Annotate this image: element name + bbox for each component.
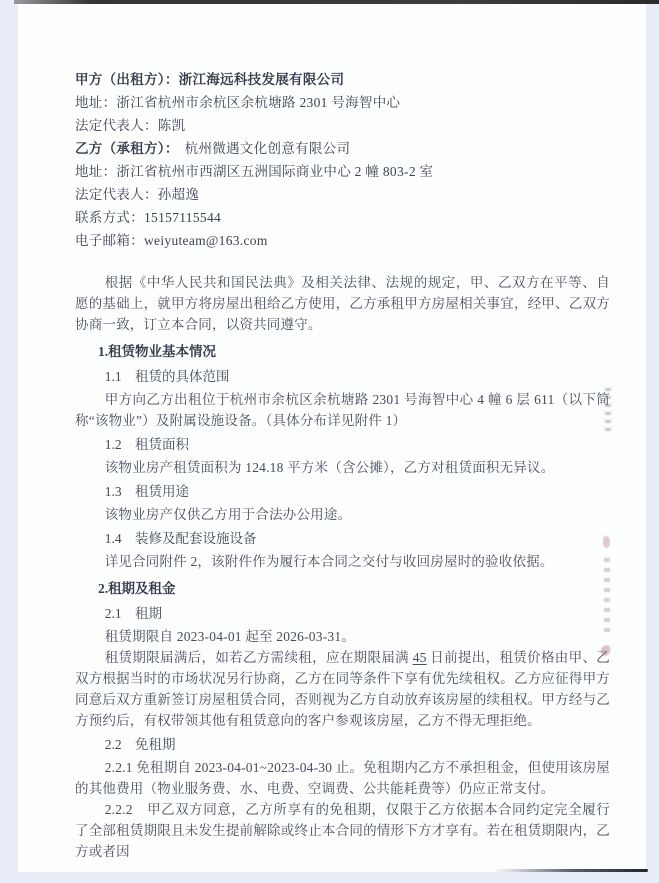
scan-artifact-stamp-mark-1 (603, 536, 610, 548)
clause-2-2-heading: 2.2 免租期 (75, 734, 610, 755)
party-b-line: 乙方（承租方）：杭州微遇文化创意有限公司 (75, 137, 610, 160)
party-b-address: 地址：浙江省杭州市西湖区五洲国际商业中心 2 幢 803-2 室 (75, 160, 610, 183)
scan-edge-bottom (494, 869, 648, 872)
contract-document: 甲方（出租方）：浙江海远科技发展有限公司 地址：浙江省杭州市余杭区余杭塘路 23… (18, 4, 646, 872)
renewal-text-before: 租赁期限届满后，如若乙方需续租，应在期限届满 (105, 650, 413, 665)
clause-1-1-heading: 1.1 租赁的具体范围 (75, 366, 610, 387)
preamble-paragraph: 根据《中华人民共和国民法典》及相关法律、法规的规定，甲、乙双方在平等、自愿的基础… (75, 272, 610, 335)
renewal-notice-days: 45 (413, 650, 427, 665)
party-b-email: 电子邮箱：weiyuteam@163.com (75, 229, 610, 252)
party-a-line: 甲方（出租方）：浙江海远科技发展有限公司 (75, 68, 610, 91)
scan-artifact-bleedthrough-1 (605, 388, 611, 432)
clause-2-2-2-paragraph: 2.2.2 甲乙双方同意，乙方所享有的免租期，仅限于乙方依据本合同约定完全履行了… (75, 799, 610, 862)
party-b-phone: 联系方式：15157115544 (75, 206, 610, 229)
clause-1-2-body: 该物业房产租赁面积为 124.18 平方米（含公摊），乙方对租赁面积无异议。 (75, 457, 610, 478)
clause-1-3-body: 该物业房产仅供乙方用于合法办公用途。 (75, 504, 610, 525)
party-a-representative: 法定代表人：陈凯 (75, 114, 610, 137)
section-1-heading: 1.租赁物业基本情况 (75, 341, 610, 363)
clause-2-1-heading: 2.1 租期 (75, 603, 610, 624)
clause-1-4-body: 详见合同附件 2，该附件作为履行本合同之交付与收回房屋时的验收依据。 (75, 551, 610, 572)
clause-2-1-renewal: 租赁期限届满后，如若乙方需续租，应在期限届满 45 日前提出，租赁价格由甲、乙双… (75, 647, 610, 731)
party-b-representative: 法定代表人：孙超逸 (75, 183, 610, 206)
clause-1-4-heading: 1.4 装修及配套设施设备 (75, 528, 610, 549)
section-2-heading: 2.租期及租金 (75, 578, 610, 600)
party-b-name: 杭州微遇文化创意有限公司 (185, 141, 351, 156)
clause-2-2-1-paragraph: 2.2.1 免租期自 2023-04-01~2023-04-30 止。免租期内乙… (75, 757, 610, 799)
clause-1-1-body: 甲方向乙方出租位于杭州市余杭区余杭塘路 2301 号海智中心 4 幢 6 层 6… (75, 389, 610, 431)
scan-artifact-bleedthrough-2 (604, 558, 610, 636)
party-a-name: 浙江海远科技发展有限公司 (179, 72, 345, 87)
clause-2-1-term: 租赁期限自 2023-04-01 起至 2026-03-31。 (75, 626, 610, 647)
party-a-label: 甲方（出租方）： (75, 72, 179, 87)
party-b-label: 乙方（承租方）： (75, 141, 179, 156)
clause-1-2-heading: 1.2 租赁面积 (75, 434, 610, 455)
party-a-address: 地址：浙江省杭州市余杭区余杭塘路 2301 号海智中心 (75, 91, 610, 114)
scan-edge-top (14, 0, 659, 4)
clause-1-3-heading: 1.3 租赁用途 (75, 481, 610, 502)
